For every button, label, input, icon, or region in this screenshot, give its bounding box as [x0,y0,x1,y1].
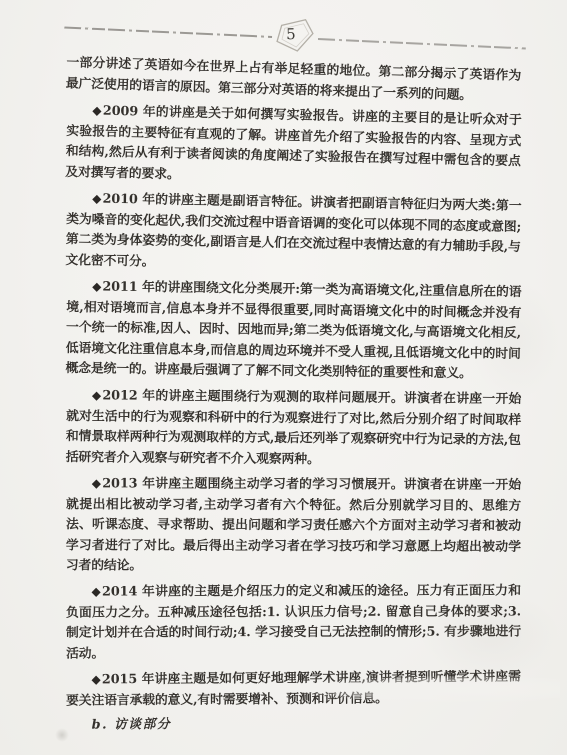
paragraph-intro-continuation: 一部分讲述了英语如今在世界上占有举足轻重的地位。第二部分揭示了英语作为最广泛使用… [65,53,521,107]
paragraph-text: 2009 年的讲座是关于如何撰写实验报告。讲座的主要目的是让听众对于实验报告的主… [65,104,522,182]
paragraph-text: 2013 年讲座主题围绕主动学习者的学习习惯展开。讲演者在讲座一开始就提出相比被… [66,476,521,573]
document-body: 一部分讲述了英语如今在世界上占有举足轻重的地位。第二部分揭示了英语作为最广泛使用… [66,60,521,739]
paragraph-2015: ◆2015 年讲座主题是如何更好地理解学术讲座,演讲者提到听懂学术讲座需要关注语… [66,666,521,711]
scanned-book-page: 5 一部分讲述了英语如今在世界上占有举足轻重的地位。第二部分揭示了英语作为最广泛… [0,0,567,755]
diamond-bullet-icon: ◆ [92,191,103,205]
diamond-bullet-icon: ◆ [92,476,103,490]
header-rule-left [64,27,272,38]
paragraph-2013: ◆2013 年讲座主题围绕主动学习者的学习习惯展开。讲演者在讲座一开始就提出相比… [66,473,521,578]
header-rule-right [318,38,526,49]
paragraph-text: 2011 年的讲座围绕文化分类展开:第一类为高语境文化,注重信息所在的语境,相对… [65,279,521,381]
diamond-bullet-icon: ◆ [91,585,102,599]
paragraph-text: 一部分讲述了英语如今在世界上占有举足轻重的地位。第二部分揭示了英语作为最广泛使用… [66,55,522,103]
pentagon-ornament-icon: 5 [275,18,316,55]
paragraph-2012: ◆2012 年的讲座主题围绕行为观测的取样问题展开。讲演者在讲座一开始就对生活中… [66,385,522,472]
diamond-bullet-icon: ◆ [92,103,103,117]
paragraph-text: 2010 年的讲座主题是副语言特征。讲演者把副语言特征归为两大类:第一类为嗓音的… [65,192,521,269]
paragraph-2014: ◆2014 年讲座的主题是介绍压力的定义和减压的途径。压力有正面压力和负面压力之… [66,580,521,664]
paragraph-text: 2015 年讲座主题是如何更好地理解学术讲座,演讲者提到听懂学术讲座需要关注语言… [66,669,521,708]
page-number: 5 [286,25,296,43]
page-number-badge: 5 [275,18,316,55]
diamond-bullet-icon: ◆ [92,388,103,402]
paragraph-2011: ◆2011 年的讲座围绕文化分类展开:第一类为高语境文化,注重信息所在的语境,相… [65,276,521,385]
diamond-bullet-icon: ◆ [91,672,101,686]
paragraph-2010: ◆2010 年的讲座主题是副语言特征。讲演者把副语言特征归为两大类:第一类为嗓音… [65,188,521,279]
paragraph-2009: ◆2009 年的讲座是关于如何撰写实验报告。讲座的主要目的是让听众对于实验报告的… [65,100,522,193]
section-label-interview: b. 访谈部分 [66,712,521,736]
diamond-bullet-icon: ◆ [92,279,102,293]
paragraph-text: 2014 年讲座的主题是介绍压力的定义和减压的途径。压力有正面压力和负面压力之分… [66,583,521,661]
paragraph-text: 2012 年的讲座主题围绕行为观测的取样问题展开。讲演者在讲座一开始就对生活中的… [66,388,522,466]
section-label-text: b. 访谈部分 [92,717,172,733]
